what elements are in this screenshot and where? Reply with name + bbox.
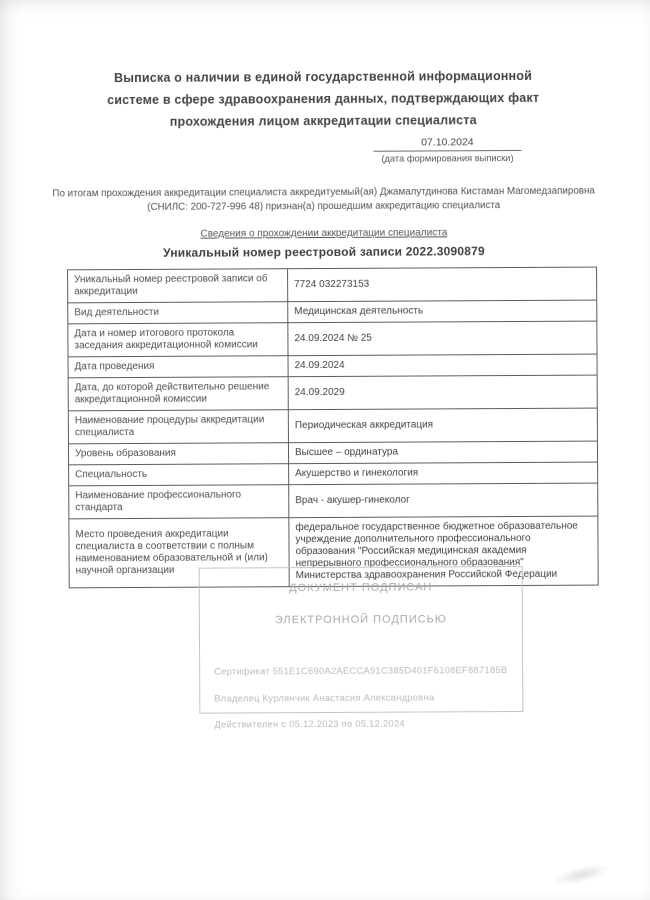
table-row-label: Дата проведения bbox=[68, 356, 288, 378]
stamp-title-line: ЭЛЕКТРОННОЙ ПОДПИСЬЮ bbox=[200, 607, 522, 633]
stamp-owner-line: Владелец Курлянчик Анастасия Александров… bbox=[214, 691, 522, 703]
table-row-label: Вид деятельности bbox=[68, 302, 288, 324]
table-row-label: Дата, до которой действительно решение а… bbox=[68, 377, 288, 411]
stamp-validity-line: Действителен с 05.12.2023 по 05.12.2024 bbox=[214, 718, 522, 730]
formation-date-block: 07.10.2024 (дата формирования выписки) bbox=[373, 136, 521, 164]
table-row-value: Медицинская деятельность bbox=[288, 300, 597, 323]
table-row-value: Врач - акушер-гинеколог bbox=[289, 483, 598, 518]
table-row: Дата, до которой действительно решение а… bbox=[68, 375, 597, 411]
table-row-label: Специальность bbox=[69, 464, 289, 486]
table-row: Дата проведения24.09.2024 bbox=[68, 354, 597, 378]
accreditation-result-paragraph: По итогам прохождения аккредитации специ… bbox=[24, 184, 624, 215]
table-row-value: 24.09.2029 bbox=[288, 375, 597, 410]
formation-date-value: 07.10.2024 bbox=[373, 136, 521, 152]
scan-smudge-artifact bbox=[551, 860, 611, 890]
formation-date-caption: (дата формирования выписки) bbox=[373, 151, 521, 164]
table-row-label: Наименование процедуры аккредитации спец… bbox=[68, 410, 288, 444]
stamp-certificate-line: Сертификат 551E1C690A2AECCA91C385D401F61… bbox=[214, 665, 522, 677]
table-row-label: Уникальный номер реестровой записи об ак… bbox=[68, 269, 288, 303]
table-row: Уровень образованияВысшее – ординатура bbox=[68, 441, 597, 465]
table-row-value: Периодическая аккредитация bbox=[288, 408, 597, 443]
document-title-line: прохождения лицом аккредитации специалис… bbox=[0, 108, 648, 133]
accreditation-table: Уникальный номер реестровой записи об ак… bbox=[67, 267, 599, 589]
table-row-value: 7724 032273153 bbox=[288, 267, 597, 302]
table-row-value: Акушерство и гинекология bbox=[289, 462, 598, 485]
registry-record-heading: Уникальный номер реестровой записи 2022.… bbox=[0, 243, 649, 260]
accreditation-table-body: Уникальный номер реестровой записи об ак… bbox=[68, 267, 599, 588]
document-title: Выписка о наличии в единой государственн… bbox=[0, 64, 648, 133]
table-row-value: 24.09.2024 bbox=[288, 354, 597, 377]
table-row: СпециальностьАкушерство и гинекология bbox=[69, 462, 598, 486]
table-row: Вид деятельностиМедицинская деятельность bbox=[68, 300, 597, 324]
section-subject-heading: Сведения о прохождении аккредитации спец… bbox=[0, 226, 649, 240]
table-row-label: Наименование профессионального стандарта bbox=[69, 485, 289, 519]
scan-content: Выписка о наличии в единой государственн… bbox=[0, 0, 650, 900]
scanned-document-page: Выписка о наличии в единой государственн… bbox=[0, 0, 650, 900]
table-row: Наименование профессионального стандарта… bbox=[69, 483, 598, 519]
table-row-label: Дата и номер итогового протокола заседан… bbox=[68, 323, 288, 357]
electronic-signature-stamp: ДОКУМЕНТ ПОДПИСАН ЭЛЕКТРОННОЙ ПОДПИСЬЮ С… bbox=[199, 566, 524, 714]
table-row: Уникальный номер реестровой записи об ак… bbox=[68, 267, 597, 303]
accreditation-details-table: Уникальный номер реестровой записи об ак… bbox=[67, 267, 599, 589]
table-row-value: 24.09.2024 № 25 bbox=[288, 321, 597, 356]
stamp-details: Сертификат 551E1C690A2AECCA91C385D401F61… bbox=[214, 665, 522, 730]
table-row-value: Высшее – ординатура bbox=[288, 441, 597, 464]
table-row: Наименование процедуры аккредитации спец… bbox=[68, 408, 597, 444]
stamp-title-line: ДОКУМЕНТ ПОДПИСАН bbox=[200, 575, 522, 601]
table-row: Дата и номер итогового протокола заседан… bbox=[68, 321, 597, 357]
table-row-label: Уровень образования bbox=[68, 443, 288, 465]
